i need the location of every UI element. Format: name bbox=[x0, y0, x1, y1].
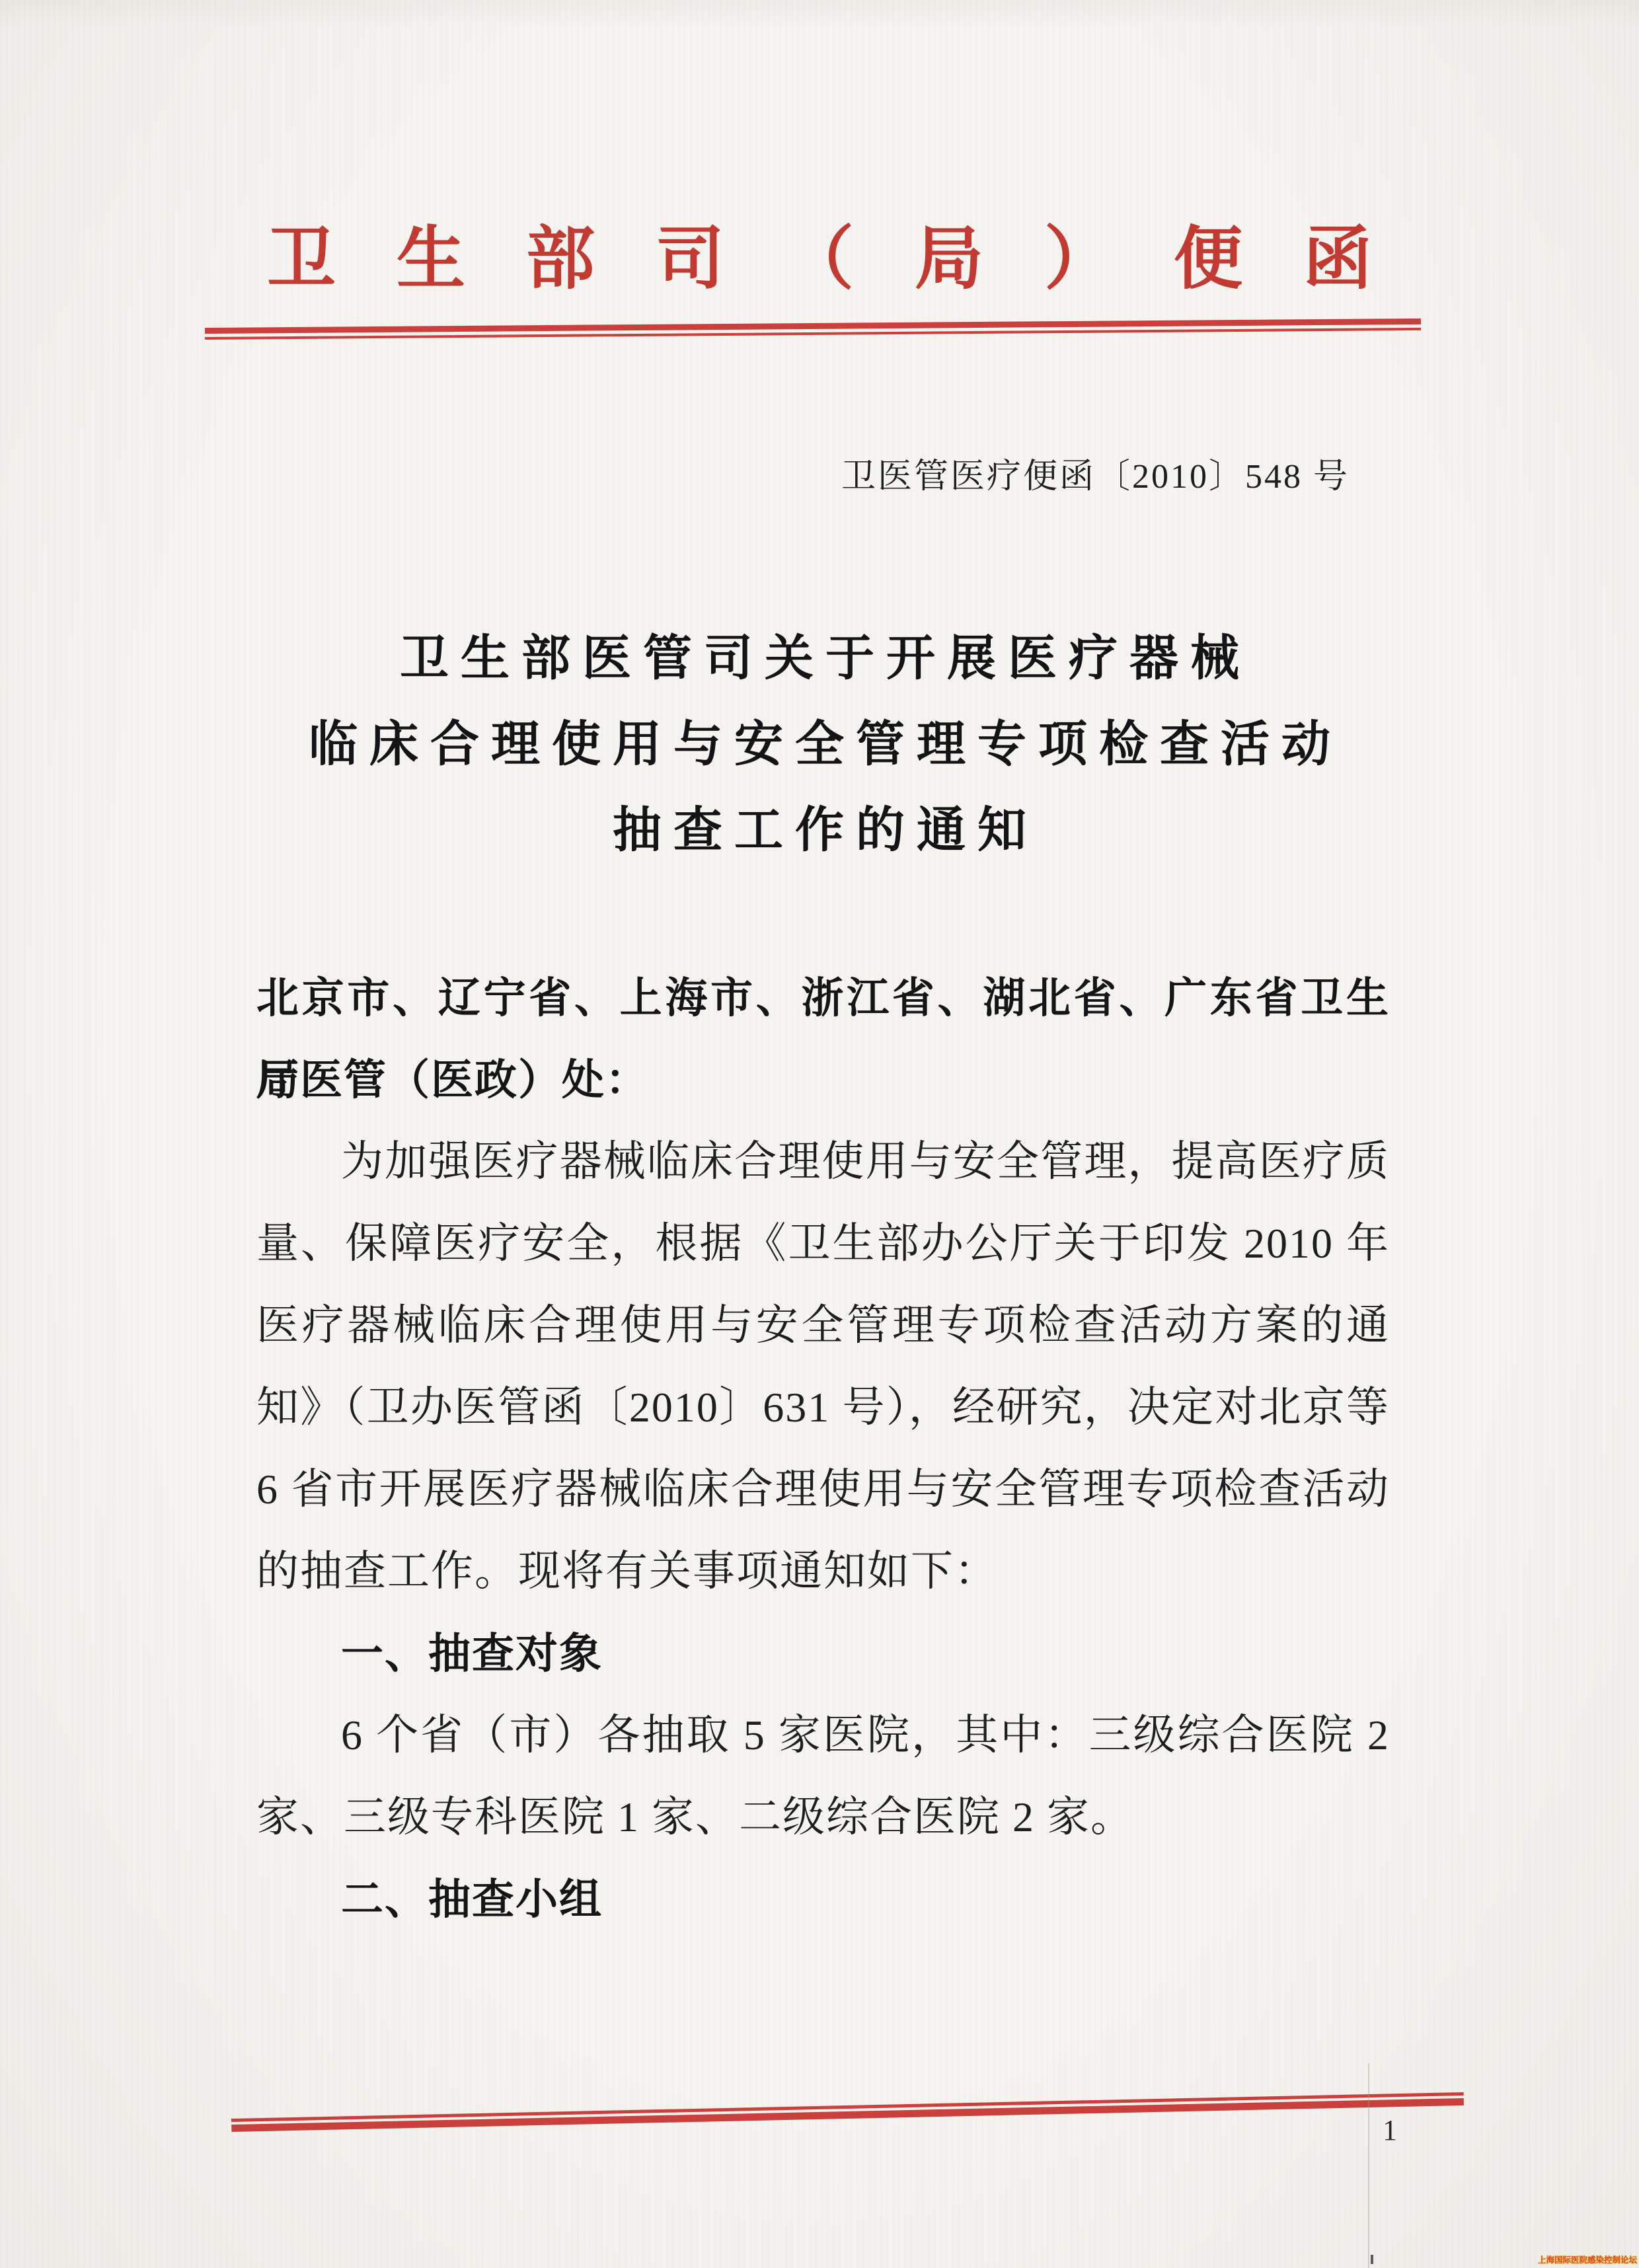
section-1-heading: 一、抽查对象 bbox=[256, 1612, 1390, 1694]
body-line: 医疗器械临床合理使用与安全管理专项检查活动方案的通 bbox=[256, 1285, 1390, 1367]
document-title-line-1: 卫生部医管司关于开展医疗器械 bbox=[12, 616, 1639, 702]
document-title: 卫生部医管司关于开展医疗器械 临床合理使用与安全管理专项检查活动 抽查工作的通知 bbox=[0, 616, 1639, 874]
document-page: 卫生部司（局）便函 卫医管医疗便函〔2010〕548 号 卫生部医管司关于开展医… bbox=[0, 0, 1639, 2268]
addressee-block: 北京市、辽宁省、上海市、浙江省、湖北省、广东省卫生厅 局医管（医政）处： bbox=[256, 957, 1390, 1121]
addressee-line: 局医管（医政）处： bbox=[256, 1039, 1390, 1121]
scan-speck bbox=[1371, 2255, 1373, 2264]
document-banner-title: 卫生部司（局）便函 bbox=[0, 222, 1639, 297]
document-title-line-2: 临床合理使用与安全管理专项检查活动 bbox=[12, 702, 1639, 788]
body-line: 量、保障医疗安全，根据《卫生部办公厅关于印发 2010 年 bbox=[256, 1203, 1390, 1285]
page-number: 1 bbox=[1383, 2115, 1397, 2146]
body-line: 6 省市开展医疗器械临床合理使用与安全管理专项检查活动 bbox=[256, 1449, 1390, 1531]
section-1-line: 6 个省（市）各抽取 5 家医院，其中：三级综合医院 2 bbox=[256, 1694, 1390, 1776]
body-line: 的抽查工作。现将有关事项通知如下： bbox=[256, 1531, 1390, 1612]
section-1-line: 家、三级专科医院 1 家、二级综合医院 2 家。 bbox=[256, 1776, 1390, 1858]
watermark: 上海国际医院感染控制论坛 bbox=[1538, 2253, 1637, 2265]
addressee-line: 北京市、辽宁省、上海市、浙江省、湖北省、广东省卫生厅 bbox=[256, 957, 1390, 1039]
footer-divider-line bbox=[231, 2092, 1464, 2132]
scan-crease-line bbox=[1368, 2063, 1369, 2268]
body-line: 知》（卫办医管函〔2010〕631 号），经研究，决定对北京等 bbox=[256, 1367, 1390, 1449]
document-title-line-3: 抽查工作的通知 bbox=[12, 788, 1639, 874]
doc-number: 卫医管医疗便函〔2010〕548 号 bbox=[841, 459, 1350, 496]
body-line: 为加强医疗器械临床合理使用与安全管理，提高医疗质 bbox=[256, 1121, 1390, 1203]
body-paragraph: 为加强医疗器械临床合理使用与安全管理，提高医疗质 量、保障医疗安全，根据《卫生部… bbox=[256, 1121, 1390, 1612]
section-1-body: 6 个省（市）各抽取 5 家医院，其中：三级综合医院 2 家、三级专科医院 1 … bbox=[256, 1694, 1390, 1858]
section-2-heading: 二、抽查小组 bbox=[256, 1858, 1390, 1940]
header-divider-line bbox=[205, 319, 1421, 340]
